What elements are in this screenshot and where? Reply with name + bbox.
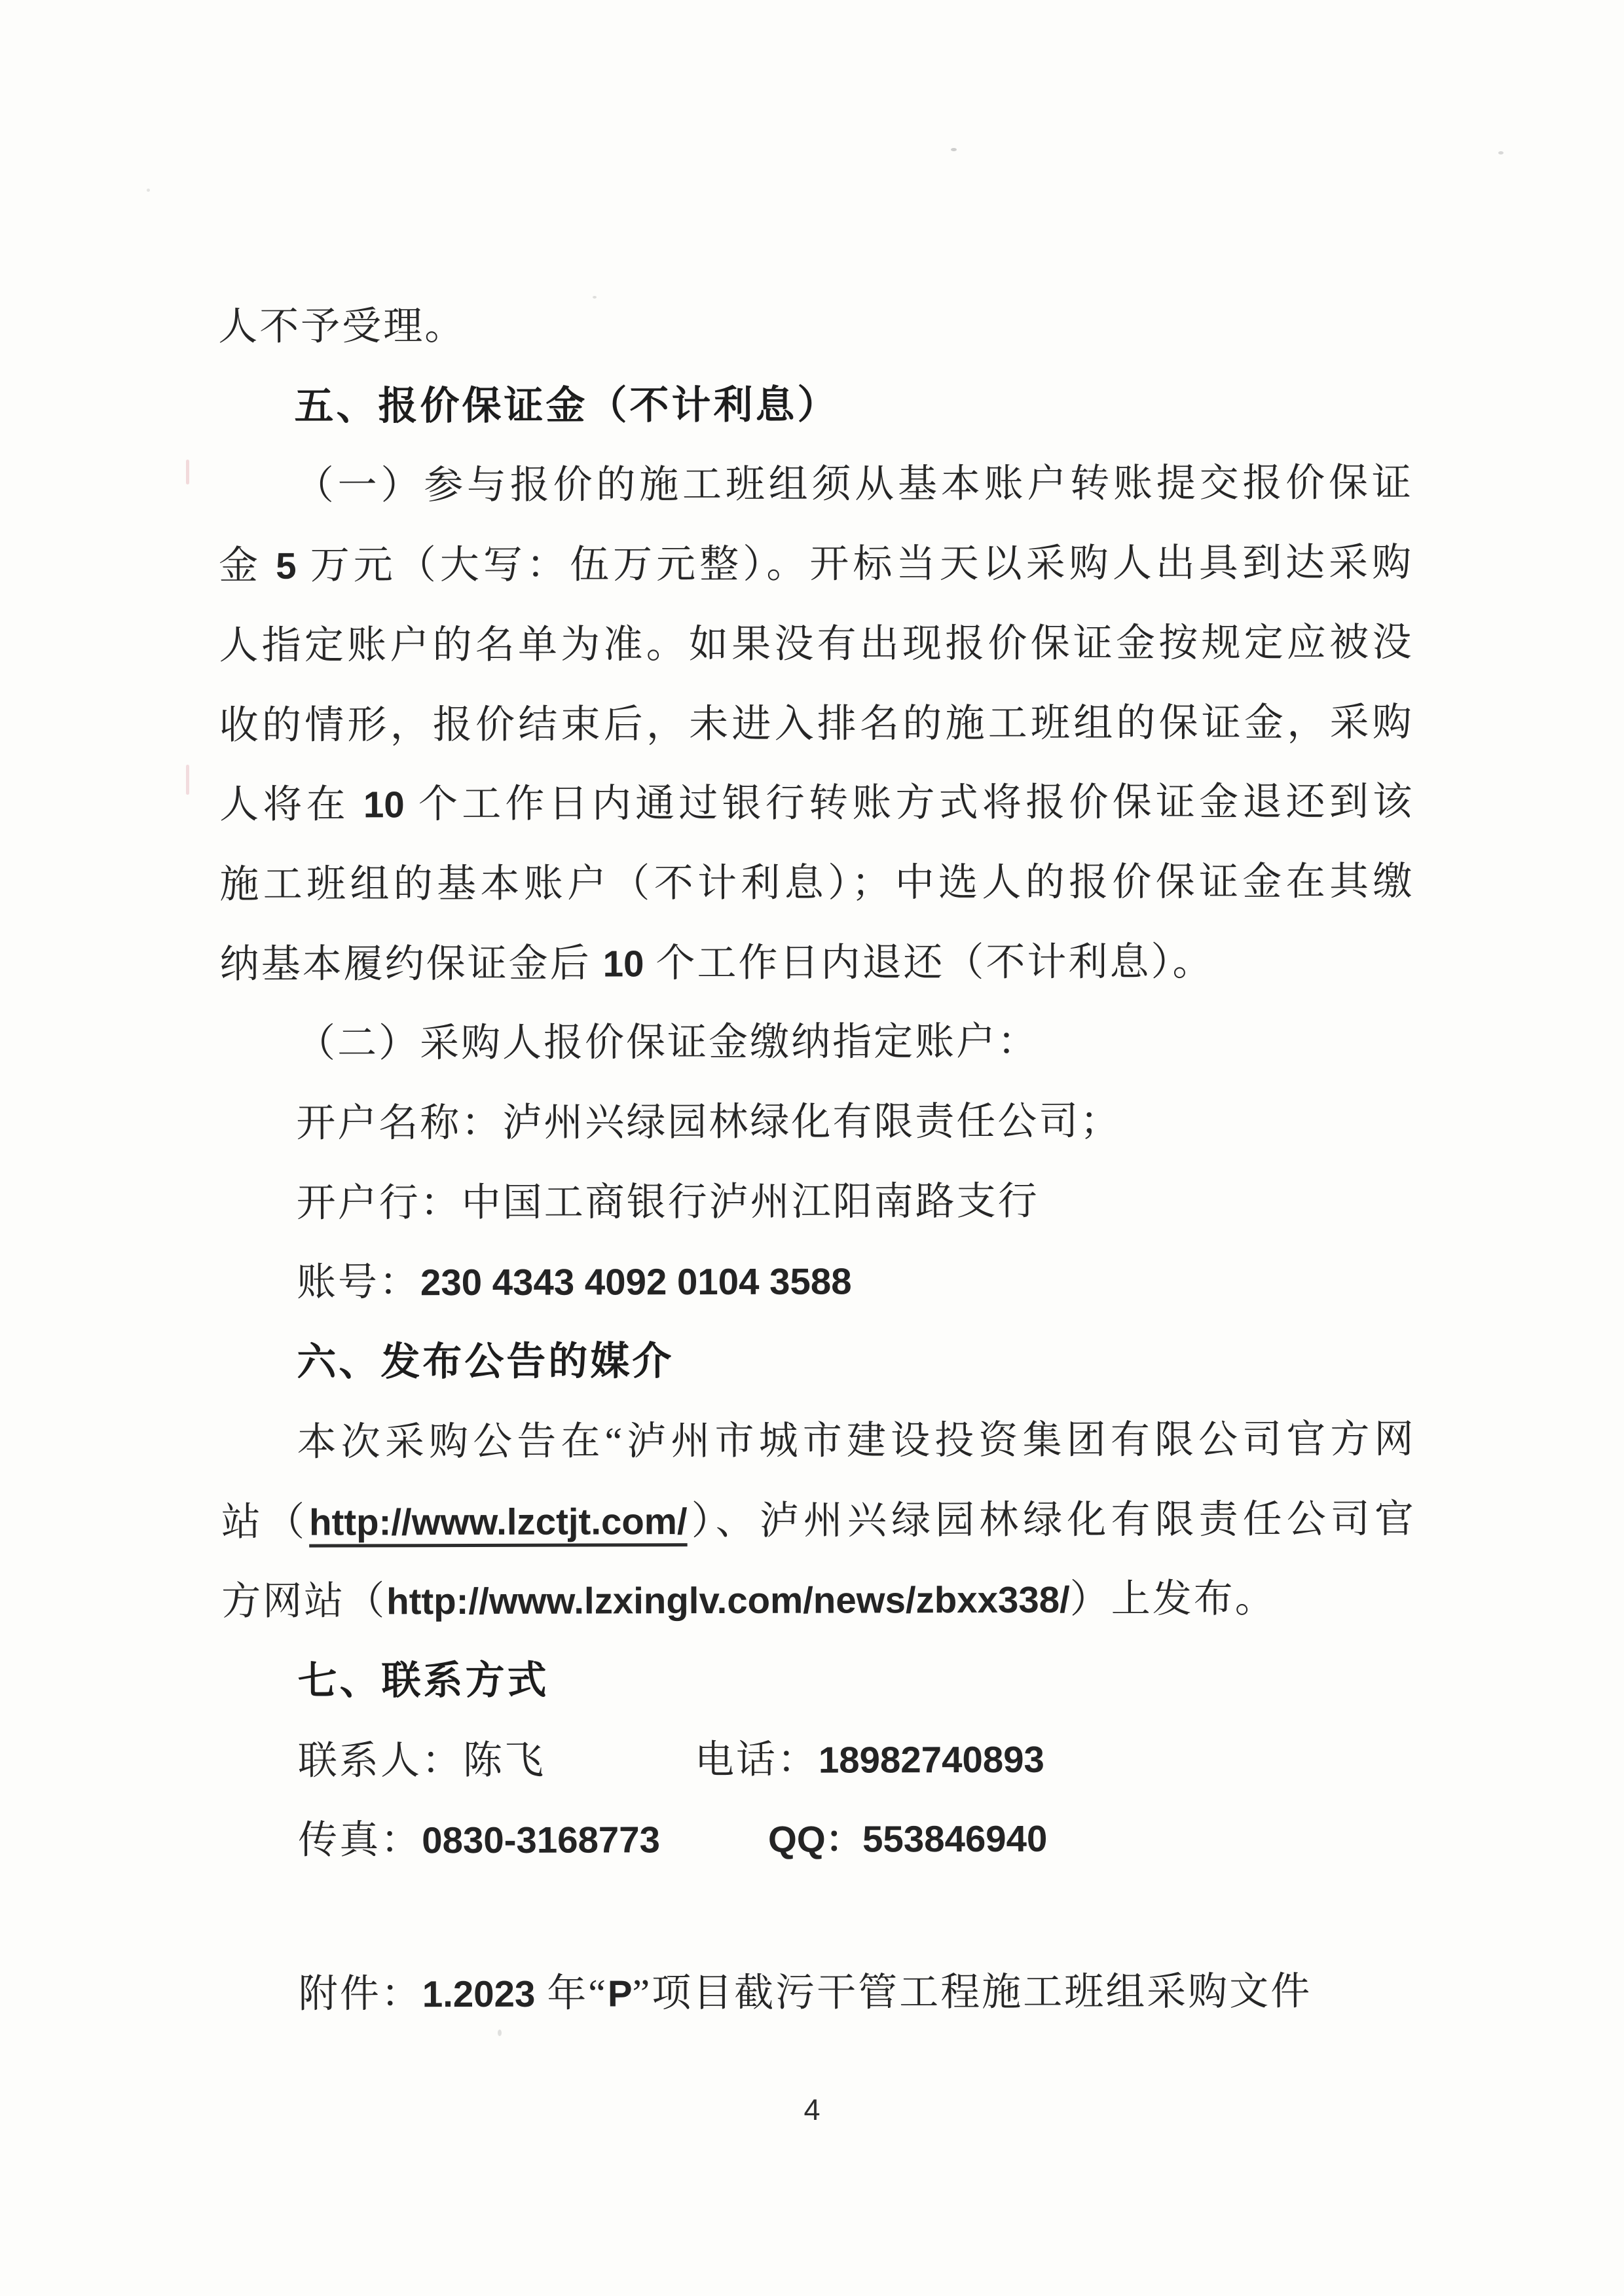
scan-speck xyxy=(147,189,150,192)
column-gap xyxy=(545,1773,695,1774)
text-segment: 开户名称：泸州兴绿园林绿化有限责任公司； xyxy=(296,1099,1121,1144)
text-line: 附件：1.2023 年“P”项目截污干管工程施工班组采购文件 xyxy=(223,1952,1416,2034)
text-segment: 联系人：陈飞 xyxy=(298,1738,545,1782)
text-line: 联系人：陈飞电话：18982740893 xyxy=(222,1719,1415,1801)
numeric-text: 230 4343 4092 0104 3588 xyxy=(420,1261,852,1303)
text-segment: （一）参与报价的施工班组须从基本账户转账提交报价保证 xyxy=(295,462,1412,507)
text-line: 站（http://www.lzctjt.com/）、泸州兴绿园林绿化有限责任公司… xyxy=(221,1480,1414,1562)
text-segment: 七、联系方式 xyxy=(297,1659,549,1703)
numeric-text: 1.2023 xyxy=(422,1973,536,2014)
document-text-block: 人不予受理。五、报价保证金（不计利息）（一）参与报价的施工班组须从基本账户转账提… xyxy=(218,284,1416,2035)
numeric-text: 18982740893 xyxy=(819,1738,1044,1780)
text-segment: 站（ xyxy=(221,1500,309,1543)
text-segment: 个工作日内退还（不计利息）。 xyxy=(644,940,1213,985)
url-text: http://www.lzctjt.com/ xyxy=(309,1501,688,1543)
scan-speck xyxy=(951,148,957,151)
section-heading: 六、发布公告的媒介 xyxy=(221,1320,1414,1402)
text-line: 人指定账户的名单为准。如果没有出现报价保证金按规定应被没 xyxy=(219,603,1412,685)
section-heading: 七、联系方式 xyxy=(221,1639,1414,1721)
text-segment: ”项目截污干管工程施工班组采购文件 xyxy=(632,1970,1312,2015)
text-segment: 人将在 xyxy=(219,783,363,827)
text-line: 金 5 万元（大写：伍万元整）。开标当天以采购人出具到达采购 xyxy=(219,523,1412,606)
page-number: 4 xyxy=(0,2092,1624,2128)
text-segment: 个工作日内通过银行转账方式将报价保证金退还到该 xyxy=(405,780,1413,826)
text-segment: 施工班组的基本账户（不计利息）；中选人的报价保证金在其缴 xyxy=(219,860,1412,906)
text-line: 开户名称：泸州兴绿园林绿化有限责任公司； xyxy=(220,1081,1413,1163)
text-line: 纳基本履约保证金后 10 个工作日内退还（不计利息）。 xyxy=(220,922,1413,1004)
text-line: 方网站（http://www.lzxinglv.com/news/zbxx338… xyxy=(221,1559,1414,1641)
section-heading: 五、报价保证金（不计利息） xyxy=(218,364,1411,446)
scan-speck xyxy=(186,765,189,795)
text-line: 人不予受理。 xyxy=(218,284,1411,367)
text-segment: 本次采购公告在“泸州市城市建设投资集团有限公司官方网 xyxy=(297,1417,1414,1463)
text-segment: 万元（大写：伍万元整）。开标当天以采购人出具到达采购 xyxy=(297,541,1412,587)
text-line: 人将在 10 个工作日内通过银行转账方式将报价保证金退还到该 xyxy=(219,762,1412,845)
numeric-text: 5 xyxy=(276,545,297,587)
scan-speck xyxy=(1498,151,1504,155)
text-segment: 年“ xyxy=(535,1972,608,2015)
text-segment: 开户行：中国工商银行泸州江阳南路支行 xyxy=(297,1179,1039,1224)
text-segment: （二）采购人报价保证金缴纳指定账户： xyxy=(296,1020,1039,1065)
document-page: 人不予受理。五、报价保证金（不计利息）（一）参与报价的施工班组须从基本账户转账提… xyxy=(0,0,1624,2296)
text-segment: 方网站（ xyxy=(221,1580,386,1624)
text-segment: 六、发布公告的媒介 xyxy=(297,1339,674,1384)
numeric-text: QQ：553846940 xyxy=(768,1818,1048,1860)
text-segment: 附件： xyxy=(299,1972,422,2015)
text-line: （一）参与报价的施工班组须从基本账户转账提交报价保证 xyxy=(219,444,1412,526)
text-line: 传真：0830-3168773QQ：553846940 xyxy=(222,1798,1415,1881)
numeric-text: 10 xyxy=(363,784,405,825)
text-segment: 人指定账户的名单为准。如果没有出现报价保证金按规定应被没 xyxy=(219,621,1412,667)
text-segment: ）上发布。 xyxy=(1070,1577,1276,1621)
text-segment: 五、报价保证金（不计利息） xyxy=(294,383,839,428)
text-line: 本次采购公告在“泸州市城市建设投资集团有限公司官方网 xyxy=(221,1400,1414,1482)
url-text: http://www.lzxinglv.com/news/zbxx338/ xyxy=(386,1579,1070,1622)
numeric-text: 10 xyxy=(603,943,644,984)
text-segment: 人不予受理。 xyxy=(218,304,466,348)
text-segment: 收的情形，报价结束后，未进入排名的施工班组的保证金，采购 xyxy=(219,701,1412,747)
text-line: 收的情形，报价结束后，未进入排名的施工班组的保证金，采购 xyxy=(219,683,1412,765)
text-line: 账号：230 4343 4092 0104 3588 xyxy=(221,1241,1414,1323)
text-segment: 账号： xyxy=(297,1261,420,1304)
scan-speck xyxy=(186,460,189,484)
text-line: （二）采购人报价保证金缴纳指定账户： xyxy=(220,1002,1413,1084)
text-line: 施工班组的基本账户（不计利息）；中选人的报价保证金在其缴 xyxy=(219,842,1412,924)
text-segment: 电话： xyxy=(695,1738,819,1781)
numeric-text: P xyxy=(608,1973,633,2014)
text-segment: 传真： xyxy=(298,1819,422,1862)
numeric-text: 0830-3168773 xyxy=(422,1819,660,1861)
text-line: 开户行：中国工商银行泸州江阳南路支行 xyxy=(221,1161,1414,1243)
text-segment: 金 xyxy=(219,544,276,587)
text-segment: 纳基本履约保证金后 xyxy=(220,941,603,986)
text-segment: ）、泸州兴绿园林绿化有限责任公司官 xyxy=(687,1497,1414,1542)
